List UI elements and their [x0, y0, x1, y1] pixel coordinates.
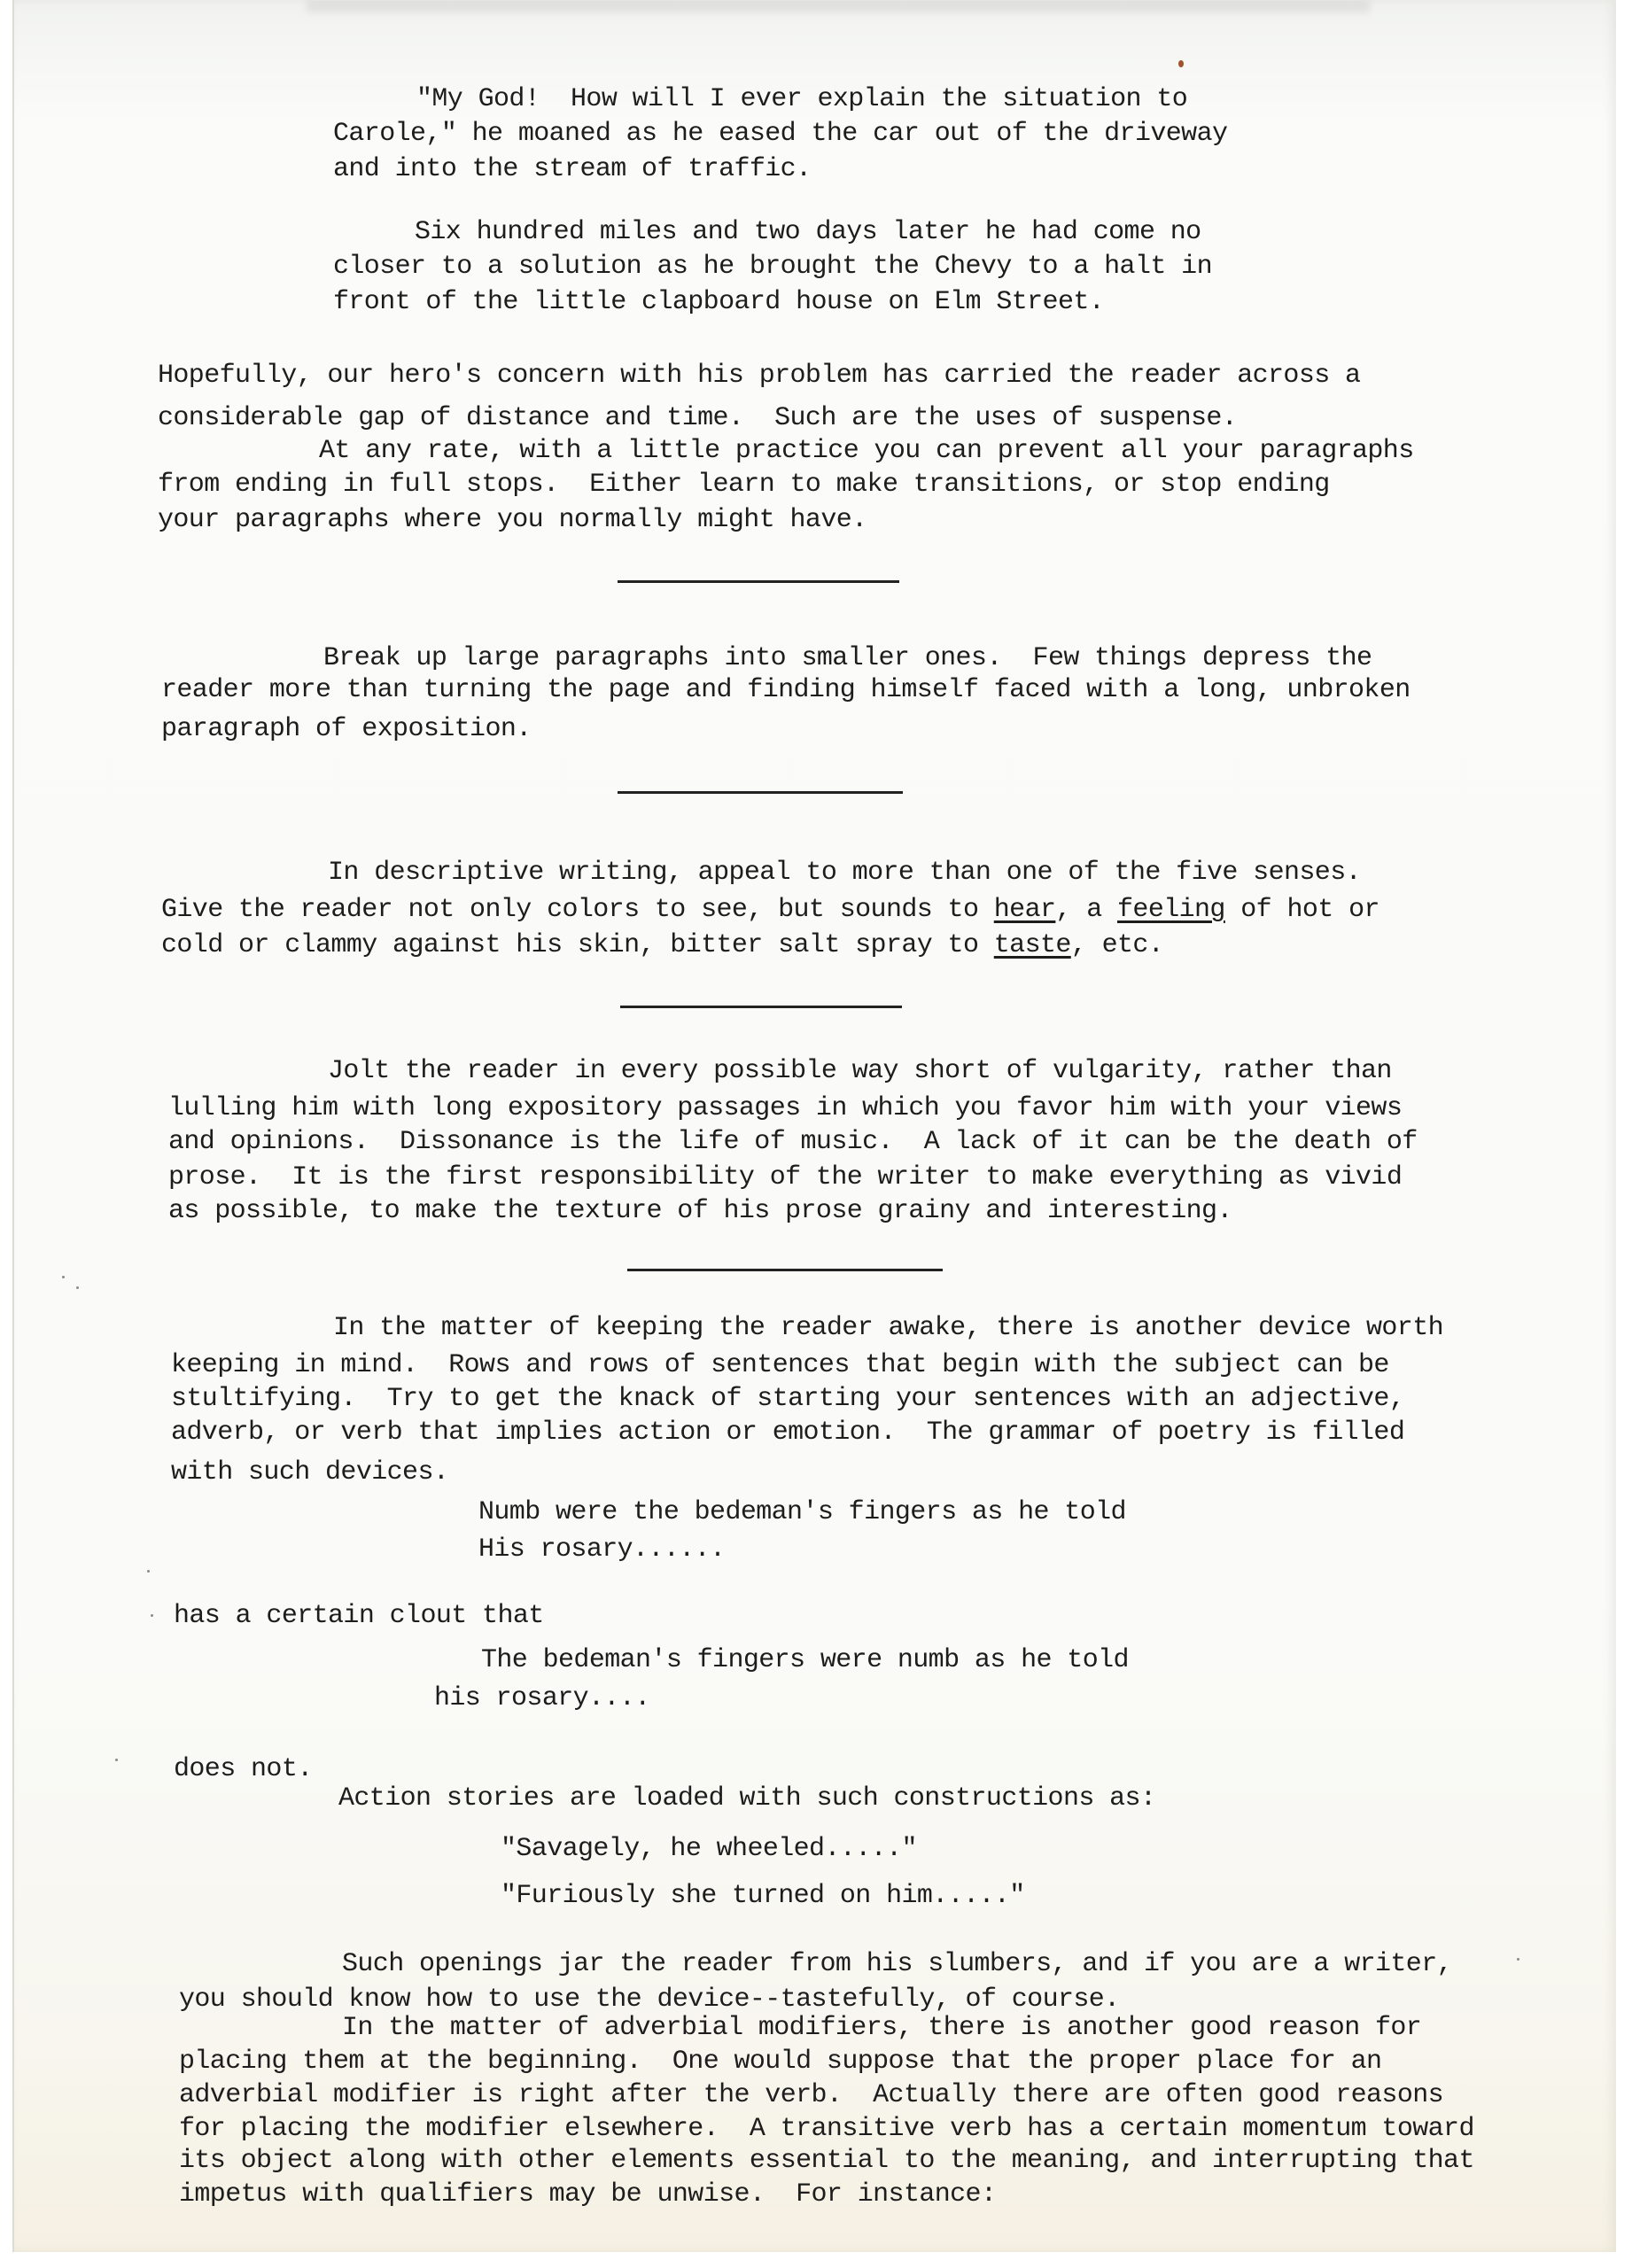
text-line: In the matter of adverbial modifiers, th… [342, 2013, 1421, 2043]
text-line: adverbial modifier is right after the ve… [179, 2080, 1443, 2110]
text-line: lulling him with long expository passage… [168, 1093, 1402, 1123]
text-line: prose. It is the first responsibility of… [168, 1162, 1402, 1192]
quoted-verse-line: his rosary.... [434, 1683, 650, 1713]
text-line: stultifying. Try to get the knack of sta… [171, 1384, 1404, 1414]
quoted-verse-line: His rosary...... [478, 1534, 725, 1565]
text-line: its object along with other elements ess… [179, 2146, 1474, 2176]
text-span: , a [1055, 895, 1117, 925]
text-line: does not. [174, 1754, 313, 1784]
text-line: cold or clammy against his skin, bitter … [161, 930, 1163, 960]
section-divider [618, 580, 899, 583]
text-line: adverb, or verb that implies action or e… [171, 1417, 1404, 1448]
text-line: reader more than turning the page and fi… [161, 675, 1411, 705]
text-line: "My God! How will I ever explain the sit… [416, 84, 1187, 114]
text-line: you should know how to use the device--t… [179, 1984, 1120, 2015]
text-span: cold or clammy against his skin, bitter … [161, 930, 994, 960]
text-line: Six hundred miles and two days later he … [415, 217, 1201, 247]
text-line: and opinions. Dissonance is the life of … [168, 1127, 1418, 1157]
text-line: from ending in full stops. Either learn … [158, 470, 1330, 500]
text-line: Break up large paragraphs into smaller o… [323, 643, 1372, 673]
text-line: for placing the modifier elsewhere. A tr… [179, 2114, 1474, 2144]
text-line: with such devices. [171, 1457, 448, 1487]
text-line: paragraph of exposition. [161, 714, 532, 744]
text-line: impetus with qualifiers may be unwise. F… [179, 2179, 996, 2210]
underlined-word: taste [994, 930, 1071, 960]
text-line: keeping in mind. Rows and rows of senten… [171, 1350, 1389, 1380]
text-line: In the matter of keeping the reader awak… [333, 1313, 1443, 1343]
ink-speck [147, 1570, 150, 1573]
text-line: Hopefully, our hero's concern with his p… [158, 361, 1360, 391]
text-line: your paragraphs where you normally might… [158, 505, 867, 535]
text-span: of hot or [1225, 895, 1379, 925]
ink-speck [1517, 1958, 1519, 1961]
text-line: Such openings jar the reader from his sl… [342, 1949, 1452, 1979]
quoted-example: "Furiously she turned on him....." [501, 1881, 1025, 1911]
text-line: as possible, to make the texture of his … [168, 1196, 1232, 1226]
underlined-word: feeling [1117, 895, 1225, 925]
show-through-text [307, 0, 1370, 12]
ink-speck [1178, 60, 1184, 67]
ink-speck [76, 1286, 79, 1289]
text-line: considerable gap of distance and time. S… [158, 403, 1237, 433]
underlined-word: hear [994, 895, 1056, 925]
quoted-verse-line: The bedeman's fingers were numb as he to… [481, 1645, 1129, 1675]
text-line: Give the reader not only colors to see, … [161, 895, 1379, 925]
text-line: Jolt the reader in every possible way sh… [328, 1056, 1392, 1086]
section-divider [620, 1006, 902, 1008]
typewritten-page [12, 0, 1616, 2252]
section-divider [627, 1269, 943, 1271]
ink-speck [151, 1614, 153, 1617]
text-span: , etc. [1071, 930, 1163, 960]
text-line: closer to a solution as he brought the C… [333, 252, 1212, 282]
ink-speck [62, 1276, 65, 1278]
ink-speck [115, 1759, 118, 1761]
text-line: Action stories are loaded with such cons… [338, 1783, 1155, 1814]
text-line: At any rate, with a little practice you … [319, 436, 1414, 466]
text-line: front of the little clapboard house on E… [333, 287, 1104, 317]
quoted-verse-line: Numb were the bedeman's fingers as he to… [478, 1497, 1126, 1527]
text-span: Give the reader not only colors to see, … [161, 895, 994, 925]
section-divider [618, 791, 903, 794]
text-line: and into the stream of traffic. [333, 154, 812, 184]
text-line: has a certain clout that [174, 1601, 544, 1631]
text-line: In descriptive writing, appeal to more t… [328, 858, 1361, 888]
text-line: Carole," he moaned as he eased the car o… [333, 119, 1227, 149]
text-line: placing them at the beginning. One would… [179, 2047, 1381, 2077]
quoted-example: "Savagely, he wheeled....." [501, 1834, 917, 1864]
